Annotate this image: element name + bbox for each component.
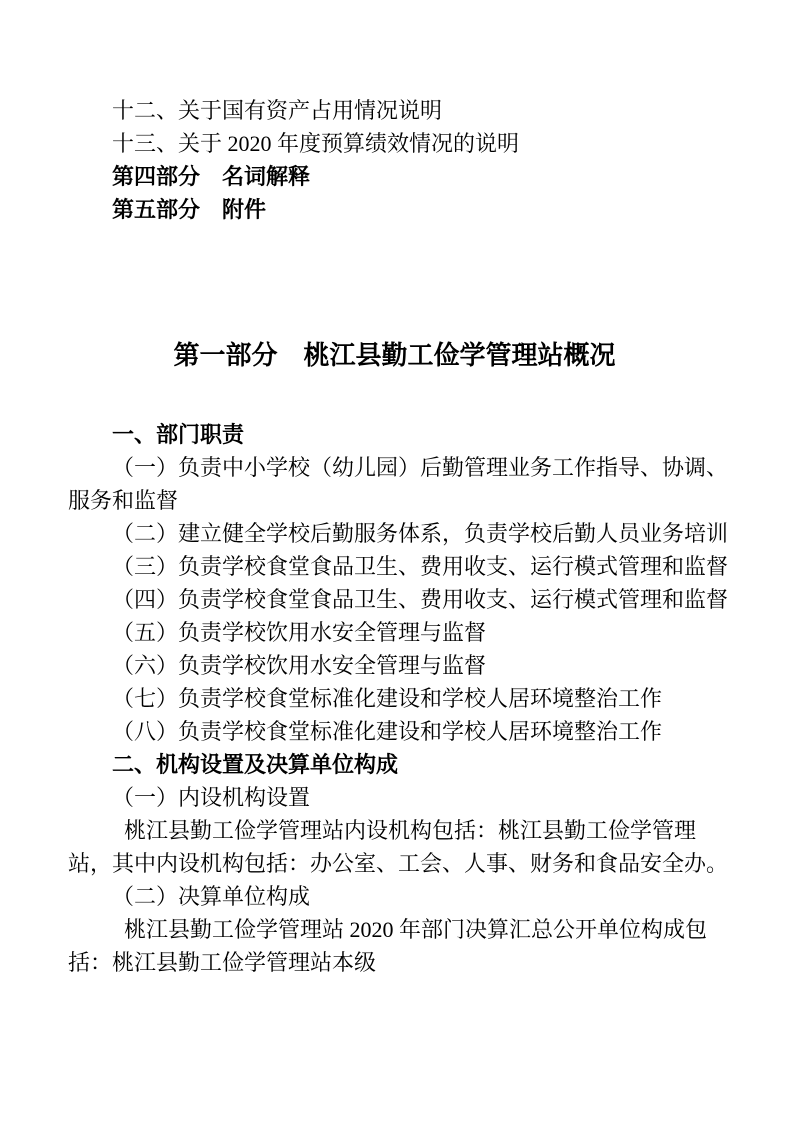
body-line: （一）负责中小学校（幼儿园）后勤管理业务工作指导、协调、 bbox=[68, 451, 721, 484]
body-line: （四）负责学校食堂食品卫生、费用收支、运行模式管理和监督 bbox=[68, 583, 721, 616]
body-line: 站，其中内设机构包括：办公室、工会、人事、财务和食品安全办。 bbox=[68, 847, 721, 880]
heading-org-structure: 二、机构设置及决算单位构成 bbox=[68, 748, 721, 781]
toc-line-12: 十二、关于国有资产占用情况说明 bbox=[68, 94, 721, 127]
toc-line-13: 十三、关于 2020 年度预算绩效情况的说明 bbox=[68, 127, 721, 160]
body-line: 服务和监督 bbox=[68, 484, 721, 517]
body-line: 括：桃江县勤工俭学管理站本级 bbox=[68, 946, 721, 979]
toc-tail: 十二、关于国有资产占用情况说明 十三、关于 2020 年度预算绩效情况的说明 第… bbox=[68, 94, 721, 226]
body-line: 桃江县勤工俭学管理站内设机构包括：桃江县勤工俭学管理 bbox=[68, 814, 721, 847]
body-line: （二）建立健全学校后勤服务体系，负责学校后勤人员业务培训 bbox=[68, 517, 721, 550]
toc-line-part5: 第五部分 附件 bbox=[68, 193, 721, 226]
body-line: （八）负责学校食堂标准化建设和学校人居环境整治工作 bbox=[68, 715, 721, 748]
body-line: （二）决算单位构成 bbox=[68, 880, 721, 913]
section-title: 第一部分 桃江县勤工俭学管理站概况 bbox=[68, 336, 721, 376]
body-line: （七）负责学校食堂标准化建设和学校人居环境整治工作 bbox=[68, 682, 721, 715]
body-line: （三）负责学校食堂食品卫生、费用收支、运行模式管理和监督 bbox=[68, 550, 721, 583]
body-line: 桃江县勤工俭学管理站 2020 年部门决算汇总公开单位构成包 bbox=[68, 913, 721, 946]
body-text: 一、部门职责 （一）负责中小学校（幼儿园）后勤管理业务工作指导、协调、 服务和监… bbox=[68, 418, 721, 979]
heading-department-duties: 一、部门职责 bbox=[68, 418, 721, 451]
body-line: （六）负责学校饮用水安全管理与监督 bbox=[68, 649, 721, 682]
document-page: 十二、关于国有资产占用情况说明 十三、关于 2020 年度预算绩效情况的说明 第… bbox=[0, 0, 793, 1122]
toc-line-part4: 第四部分 名词解释 bbox=[68, 160, 721, 193]
body-line: （一）内设机构设置 bbox=[68, 781, 721, 814]
body-line: （五）负责学校饮用水安全管理与监督 bbox=[68, 616, 721, 649]
document-content: 十二、关于国有资产占用情况说明 十三、关于 2020 年度预算绩效情况的说明 第… bbox=[68, 94, 721, 979]
